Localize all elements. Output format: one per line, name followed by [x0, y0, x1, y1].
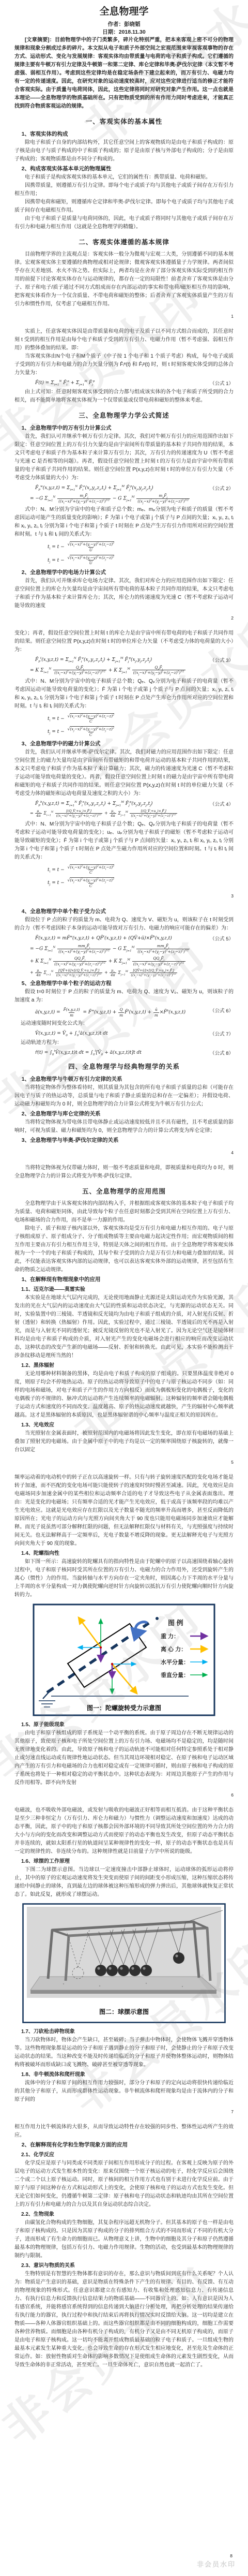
equation-line: = μ04π Σi=1N [(QeV̄i+ue)×iF̄i]((xi−x)2+(…	[30, 809, 234, 818]
figure-gyroscope: 图 例 重 力： 离 心 力： 水平分量： 垂直分量： 图一：陀螺旋转受力示意图	[33, 1603, 215, 1716]
equation-label: 运动速度随时间变化公式为：	[14, 1020, 234, 1028]
watermark-logo: 非会员水印	[197, 2559, 236, 2569]
subsection-heading: 3、全息物理学与毕奥-萨伐尔定律的关系	[14, 1136, 234, 1145]
subsection-heading: 1、客观实体的构成	[14, 130, 234, 139]
equation-number: （公式 3）	[210, 658, 234, 665]
figure-newtons-cradle: 图二：球摆示意图	[22, 1903, 226, 2023]
paragraph: 因携带电荷和磁矩，则遵循库仑定律和毕奥-萨伐尔定律。即每个电子或质子均与其他电子…	[14, 198, 234, 215]
paragraph: 由碳氢化合物构成的生物细胞，其复杂程序远超无机物分子。但其基本的原子也一样是由电…	[14, 2219, 234, 2260]
subsubsection-heading: 1.3、光电效应	[14, 1421, 234, 1430]
equation-label: 运动轨迹方程为：	[14, 1039, 234, 1047]
paragraph: 本实验是在地球大气层内完成的，无论使用地面静止光源还是太阳运动光作为实验光源，其…	[14, 1294, 234, 1360]
equation-time-relation: tj = t − √(xj−x)2+(yj−y)2+(zj−z)2C	[48, 877, 234, 888]
section-heading: 一、客观实体的基本属性	[14, 117, 234, 126]
paragraph: 因携带质量，则遵循万有引力定律。即每个电子或质子均与其他电子或质子间存在万有引力…	[14, 182, 234, 198]
equation-line: = −G Σi=1N meF̄i((xi−x)2+(yi−y)2+(zi−z)2…	[30, 493, 234, 504]
subsection-heading: 2、在解释现有化学和生物学现象方面的应用	[14, 2141, 234, 2150]
subsubsection-heading: 1.7、刀砍枪击碎物现象	[14, 2027, 234, 2036]
paragraph: 除电子、质子和原子核内部以外，客观实体均是受万有引力和电磁力相互作用的。电子与原…	[14, 1225, 234, 1274]
paragraph: 由上式可知：任意时刻客观实体受到的合力都与组成该实体的各个电子和质子所受到的合力…	[14, 388, 234, 405]
paragraph: 假设 t=0 时刻位于 P 点的粒子的质量为 m、电荷为 Q、速度为 V₀、磁矩…	[14, 988, 234, 1005]
equation-number: （公式 1）	[210, 381, 234, 388]
page-number: 3	[14, 893, 234, 899]
document-date: 日期：2018.11.30	[14, 28, 234, 36]
equation-time-relation: tj = t − √(xj−x)2+(yj−y)2+(zj−z)2C	[48, 726, 234, 737]
legend-label-vertical: 垂直分量：	[161, 1671, 189, 1679]
equation: F̄Pw(x,y,z,t) = Σi=1N F̄ie(xi,yi,zi,ti) …	[35, 485, 234, 491]
paragraph: 除电子和质子自身的内部结构外，其它任意空间上的客观物质均是由电子和质子构成的：原…	[14, 139, 234, 164]
paragraph: 由电子和原子核组成的原子系统是一个动平衡的系统。由于原子周边存在不断无规律运动的…	[14, 1729, 234, 1787]
subsubsection-heading: 2.3、意识与物质的关系	[14, 2261, 234, 2270]
paragraph: 首先，我们认可并继承库仑电场力定律。其次，我们对库仑力的应用范围作出如下限定：任…	[14, 577, 234, 610]
equation: F̄(t) = Σi=1N F̄ie + Σj=1M F̄jp（公式 1）	[35, 380, 234, 386]
paragraph: 电子和质子是构成客观实体的基本单元，它们的属性有：携带质量、电荷和磁矩。	[14, 173, 234, 182]
subsection-heading: 1、在解释现有物理现象中的应用	[14, 1275, 234, 1284]
subsubsection-heading: 1.4、陀螺指向性	[14, 1549, 234, 1558]
equation-number: （公式 6）	[210, 1008, 234, 1015]
figure1-caption: 图一：陀螺旋转受力示意图	[87, 1704, 161, 1712]
equation: F̄Pb(x,y,z,t) = Σi=1N F̄ie(xi,yi,zi,ti) …	[35, 801, 234, 807]
section-heading: 三、全息物理学力学公式简述	[14, 411, 234, 420]
page-number: 1	[14, 314, 234, 319]
equation-number: （公式 2）	[210, 486, 234, 493]
paragraph: 式中：N、M分别为宇宙中的电子和质子总个数；Qₑ、Qₚ分别为电子和质子的电荷量（…	[14, 678, 234, 711]
legend-label-horizontal: 水平分量：	[161, 1658, 189, 1666]
paragraph: 式中：N、M分别为宇宙中的电子和质子总个数；Qₑ、Qₚ分别为电子和质子的电荷量（…	[14, 820, 234, 862]
equation-number: （公式 8）	[210, 1051, 234, 1057]
equation: F̄(x,y,z,t) = mF̄w(x,y,z,t) + QF̄t(x,y,z…	[35, 935, 234, 941]
equation-time-relation: ti = t − √(xi−x)2+(yi−y)2+(zi−z)2C	[48, 713, 234, 724]
subsubsection-heading: 1.5、原子能级现象	[14, 1720, 234, 1729]
equation-number: （公式 5）	[210, 936, 234, 943]
paragraph: 由于电子和质子是质量与电荷同体的，因此，电子或质子将同时与其他电子或质子间存在万…	[14, 215, 234, 231]
paragraph: 实质上，任意客观实体因是由带质量和电荷的电子及质子以不同方式组合而成的，其任意时…	[14, 328, 234, 352]
document-page: 全息物理学 作者：彭晓韬 日期：2018.11.30 [文章摘要]：目前物理学中…	[0, 0, 248, 2576]
equation-line: = −G Σi=1N mmeF̄i((xi−x)2+(yi−y)2+(zi−z)…	[30, 944, 234, 954]
legend-title: 图 例	[168, 1619, 183, 1627]
subsection-heading: 2、全息物理学中的电场力计算公式	[14, 568, 234, 577]
paragraph-continued: 电磁波，也不吸收外部电磁波，或发射与吸收的电磁波正好相等而相互抵消。由于这种平衡…	[14, 1806, 234, 1856]
subsubsection-heading: 1.6、球摆的工作原理	[14, 1857, 234, 1866]
paragraph: 当将特定物体视为带电体且带电体静止或运动速度较低并且不具有磁性，且不考虑质量的影…	[14, 1118, 234, 1135]
equation: r̄(t) = ∫0tV̄(x,y,z,t)t dt = ∫0t[V̄0 + ā…	[35, 1050, 234, 1056]
paragraph: 流体中的分子和原子间的相互作用力较强时，部分分子和原子的定向运动将很快传递给临近…	[14, 2079, 234, 2104]
subsection-heading: 5、全息物理学中单个粒子的运动方程	[14, 979, 234, 988]
subsubsection-heading: 1.8、非牛顿流体和爬杆现象	[14, 2070, 234, 2079]
paragraph: 当将特定物体视为仅带磁力体时，则一般不考虑质量和电荷，即视质量和电荷均为 0 时…	[14, 1164, 234, 1181]
paragraph: 当客观实体由N个电子和M个质子（中子按 1 个电子和 1 个质子考虑）构成，每个…	[14, 352, 234, 377]
legend-label-centrifugal: 离 心 力：	[161, 1645, 187, 1653]
document-author: 作者：彭晓韬	[14, 21, 234, 28]
page-number: 2	[14, 615, 234, 621]
paragraph: 生物特别是有智慧的生物体都有意识的存在，那么意识与物质间到底有什么关系呢？个人认…	[14, 2270, 234, 2369]
paragraph: 目前物理学界的主流观点是：客观实体一般分为微观与宏观二大类，分别遵循不同的基本规…	[14, 251, 234, 308]
equation-number: （公式 7）	[210, 1032, 234, 1038]
base-top	[30, 1977, 216, 1990]
paragraph: 式中：N、M分别为宇宙中的电子和质子总个数；mₑ、mₚ分别为电子和质子的质量（暂…	[14, 506, 234, 539]
equation-line: = K Σi=1N QeF̄i((xi−x)2+(yi−y)2+(zi−z)2)…	[30, 665, 234, 675]
subsection-heading: 3、全息物理学中的磁力计算公式	[14, 740, 234, 748]
paragraph: 假设位于 P 点的粒子的质量为 m、电荷为 Q、速度为 V、磁矩为 u，则该粒子…	[14, 916, 234, 933]
equation-time-relation: ti = t − √(xi−x)2+(yi−y)2+(zi−z)2C	[48, 864, 234, 875]
page-number: 8	[230, 2553, 233, 2558]
document-title: 全息物理学	[14, 5, 234, 19]
document-body: [文章摘要]：目前物理学中的子门类繁多，碎片化特别严重，把本来客观上密不可分的物…	[14, 36, 234, 2369]
paragraph: 无论用哪种材料制备的黑体，均是由电子和质子构成的原子组成的。只要黑体温度非绝对 …	[14, 1370, 234, 1420]
paragraph: 全息物理学由于从客观实体的内部结构入手，并根据组成客观实体的基本粒子电子和质子均…	[14, 1200, 234, 1225]
subsection-heading: 1、全息物理学与牛顿万有引力定律的关系	[14, 1075, 234, 1084]
page-number: 6	[14, 1792, 234, 1798]
subsubsection-heading: 1.2、黑体辐射	[14, 1361, 234, 1370]
subsubsection-heading: 1.1、迈克尔逊——莫雷实验	[14, 1285, 234, 1294]
resting-balls	[95, 1965, 152, 1976]
paragraph: 首先，我们认可并继承牛顿万有引力定律。其次，我们对牛顿万有引力的应用范围作出如下…	[14, 433, 234, 482]
equation-line: + μ04π Σi=1N [QV̄+ū]×[(QeV̄i+ue)×iF̄i]((…	[30, 968, 234, 977]
subsubsection-heading: 2.1、化学反应	[14, 2151, 234, 2159]
figure2-caption: 图二：球摆示意图	[99, 2008, 149, 2015]
equation-line: + K Σi=1N QQeF̄i((xi−x)2+(yi−y)2+(zi−z)2…	[30, 956, 234, 966]
subsection-heading: 4、全息物理学中单个粒子受力公式	[14, 907, 234, 916]
section-heading: 五、全息物理学的应用范围	[14, 1187, 234, 1196]
page-number: 5	[14, 1460, 234, 1465]
section-heading: 四、全息物理学与经典物理学的关系	[14, 1062, 234, 1071]
paragraph: 当刀砍物体时，物体会产生缺口，甚至破碎；当子弹击中物体时，会使物体飞溅并穿透物体…	[14, 2036, 234, 2069]
equation-number: （公式 4）	[210, 802, 234, 808]
equation: F̄Pt(x,y,z,t) = Σi=1N F̄ie(xi,yi,zi,ti) …	[35, 657, 234, 663]
base-front	[30, 1990, 216, 1994]
legend-label-gravity: 重 力：	[161, 1632, 179, 1640]
page-number: 7	[14, 2109, 234, 2115]
paragraph-continued: 相互作用力比牛顿流体的大很多，从而导致运动特性存在较强的同步性、整体性运动所产生…	[14, 2123, 234, 2140]
raised-ball	[173, 1952, 184, 1964]
equation-time-relation: ti = t − √(xi−x)2+(yi−y)2+(zi−z)2U	[48, 541, 234, 552]
paragraph: 首先，我们认可并继承毕奥-萨伐尔定律。其次，我们对磁力的应用范围作出如下限定：任…	[14, 748, 234, 798]
paragraph: 下图二为球摆示意图。当边球以一定速度撞击中部静止球体时，运动球体的弧形运动将停止…	[14, 1866, 234, 1899]
paragraph-continued: 变化）；再者，假设任意空间位置上时刻 t 的库仑力是由宇宙中所有带电荷的电子和质…	[14, 629, 234, 654]
subsection-heading: 2、构成客观实体基本单元的物理属性	[14, 165, 234, 173]
equation: ā(x,y,z,t) = F̄(x,y,z,t)m = F̄w(x,y,z,t)…	[35, 1007, 234, 1017]
document-content: 全息物理学 作者：彭晓韬 日期：2018.11.30 [文章摘要]：目前物理学中…	[0, 0, 248, 2369]
paragraph: 如下图一所示：高速旋转的陀螺具有的指向特性是由于陀螺中的原子以高速围绕着轴心旋转…	[14, 1558, 234, 1599]
subsubsection-heading: 2.2、生物现象	[14, 2210, 234, 2219]
equation-time-relation: tj = t − √(xj−x)2+(yj−y)2+(zj−z)2U	[48, 555, 234, 566]
paragraph: 当光照射在金属表面时，被照射范围内的电磁场将因此发生变化，即在原有电磁场的基础上…	[14, 1430, 234, 1454]
section-heading: 二、客观实体遵循的基本规律	[14, 238, 234, 247]
subsection-heading: 1、全息物理学中的万有引力计算公式	[14, 424, 234, 433]
paragraph: 当将特定物体作为整体看待时，则其质量为其包含的所有电子和质子质量的总和（可能存在…	[14, 1084, 234, 1109]
paragraph: [文章摘要]：目前物理学中的子门类繁多，碎片化特别严重，把本来客观上密不可分的物…	[14, 36, 234, 111]
paragraph-continued: 频率运动着的电动机中的转子正在以高速旋转一样。只有与转子旋转速度匹配的变化电场才…	[14, 1474, 234, 1548]
paragraph: 化学反应是原子与同类或不同类原子间相互作用形成分子的过程。在客观上反映为原子的外…	[14, 2159, 234, 2209]
subsection-heading: 2、全息物理学与库仑定律的关系	[14, 1110, 234, 1118]
equation: V̄(x,y,z,t) = V̄0 + ∫0tā(x,y,z,t)t dt（公式…	[35, 1031, 234, 1037]
page-number: 4	[14, 1150, 234, 1156]
